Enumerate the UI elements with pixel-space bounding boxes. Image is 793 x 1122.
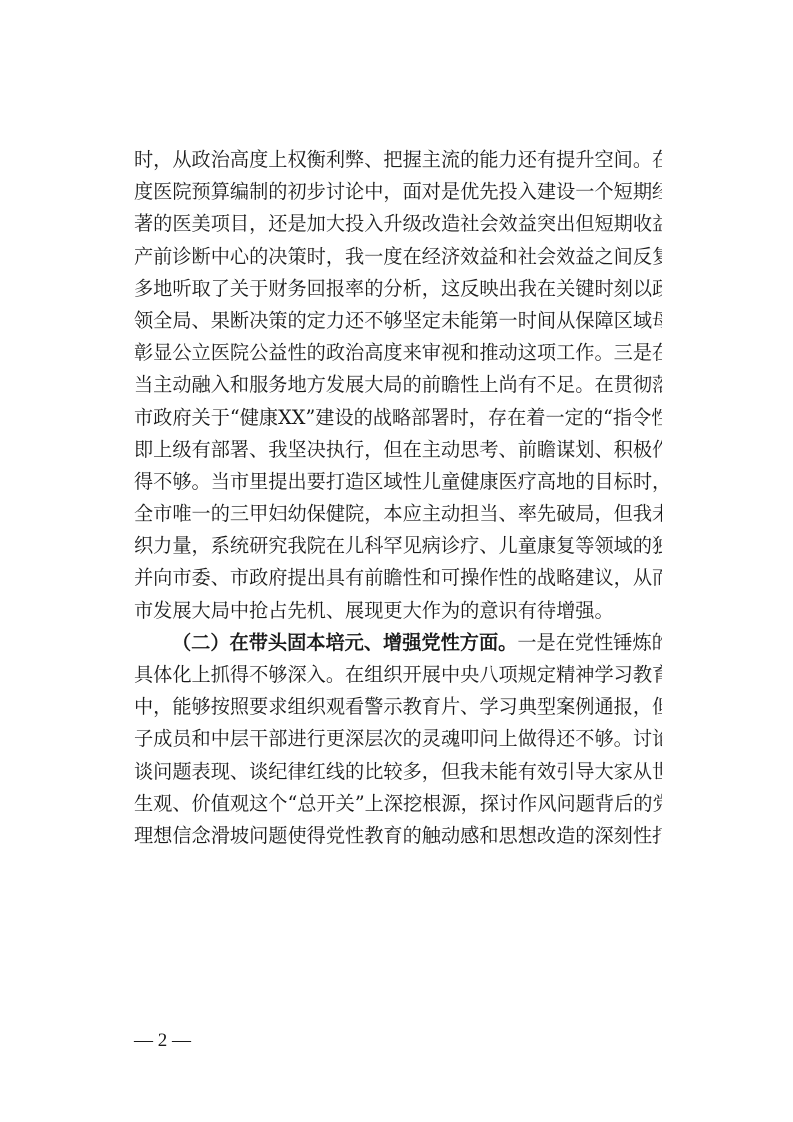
text-line: 理想信念滑坡问题使得党性教育的触动感和思想改造的深刻性打了折扣。 xyxy=(134,820,662,852)
document-page: 时，从政治高度上权衡利弊、把握主流的能力还有提升空间。在 2025 年 度医院预… xyxy=(0,0,793,1122)
text-line: 得不够。当市里提出要打造区域性儿童健康医疗高地的目标时，我院作为 xyxy=(134,466,662,498)
text-line: 子成员和中层干部进行更深层次的灵魂叩问上做得还不够。讨论中，大家 xyxy=(134,723,662,755)
text-line: 多地听取了关于财务回报率的分析，这反映出我在关键时刻以政治站位统 xyxy=(134,273,662,305)
text-line: 产前诊断中心的决策时，我一度在经济效益和社会效益之间反复权衡，过 xyxy=(134,241,662,273)
text-line: 全市唯一的三甲妇幼保健院，本应主动担当、率先破局，但我未能立即组 xyxy=(134,498,662,530)
text-line: 领全局、果断决策的定力还不够坚定未能第一时间从保障区域母婴安全、 xyxy=(134,305,662,337)
text-line: 生观、价值观这个“总开关”上深挖根源，探讨作风问题背后的党性缺失和 xyxy=(134,788,662,820)
text-line: 市政府关于“健康XX”建设的战略部署时，存在着一定的“指令性”思维， xyxy=(134,402,662,434)
text-line: 并向市委、市政府提出具有前瞻性和可操作性的战略建议，从而在服务全 xyxy=(134,562,662,594)
text-line: 当主动融入和服务地方发展大局的前瞻性上尚有不足。在贯彻落实市委、 xyxy=(134,369,662,401)
section-heading-line: （二）在带头固本培元、增强党性方面。一是在党性锤炼的日常化、 xyxy=(134,627,662,659)
text-line: 即上级有部署、我坚决执行，但在主动思考、前瞻谋划、积极作为方面做 xyxy=(134,434,662,466)
text-line: 市发展大局中抢占先机、展现更大作为的意识有待增强。 xyxy=(134,595,662,627)
document-body: 时，从政治高度上权衡利弊、把握主流的能力还有提升空间。在 2025 年 度医院预… xyxy=(134,144,662,852)
text-line: 中，能够按照要求组织观看警示教育片、学习典型案例通报，但在引导班 xyxy=(134,691,662,723)
text-line: 著的医美项目，还是加大投入升级改造社会效益突出但短期收益不明显的 xyxy=(134,208,662,240)
page-number: — 2 — xyxy=(134,1030,191,1052)
text-line: 织力量，系统研究我院在儿科罕见病诊疗、儿童康复等领域的独特优势， xyxy=(134,530,662,562)
text-line: 彰显公立医院公益性的政治高度来审视和推动这项工作。三是在以政治担 xyxy=(134,337,662,369)
section-heading: （二）在带头固本培元、增强党性方面。 xyxy=(172,631,517,654)
text-line: 谈问题表现、谈纪律红线的比较多，但我未能有效引导大家从世界观、人 xyxy=(134,756,662,788)
section-heading-continuation: 一是在党性锤炼的日常化、 xyxy=(517,631,662,654)
text-line: 度医院预算编制的初步讨论中，面对是优先投入建设一个短期经济效益显 xyxy=(134,176,662,208)
text-line: 时，从政治高度上权衡利弊、把握主流的能力还有提升空间。在 2025 年 xyxy=(134,144,662,176)
text-line: 具体化上抓得不够深入。在组织开展中央八项规定精神学习教育月活动 xyxy=(134,659,662,691)
